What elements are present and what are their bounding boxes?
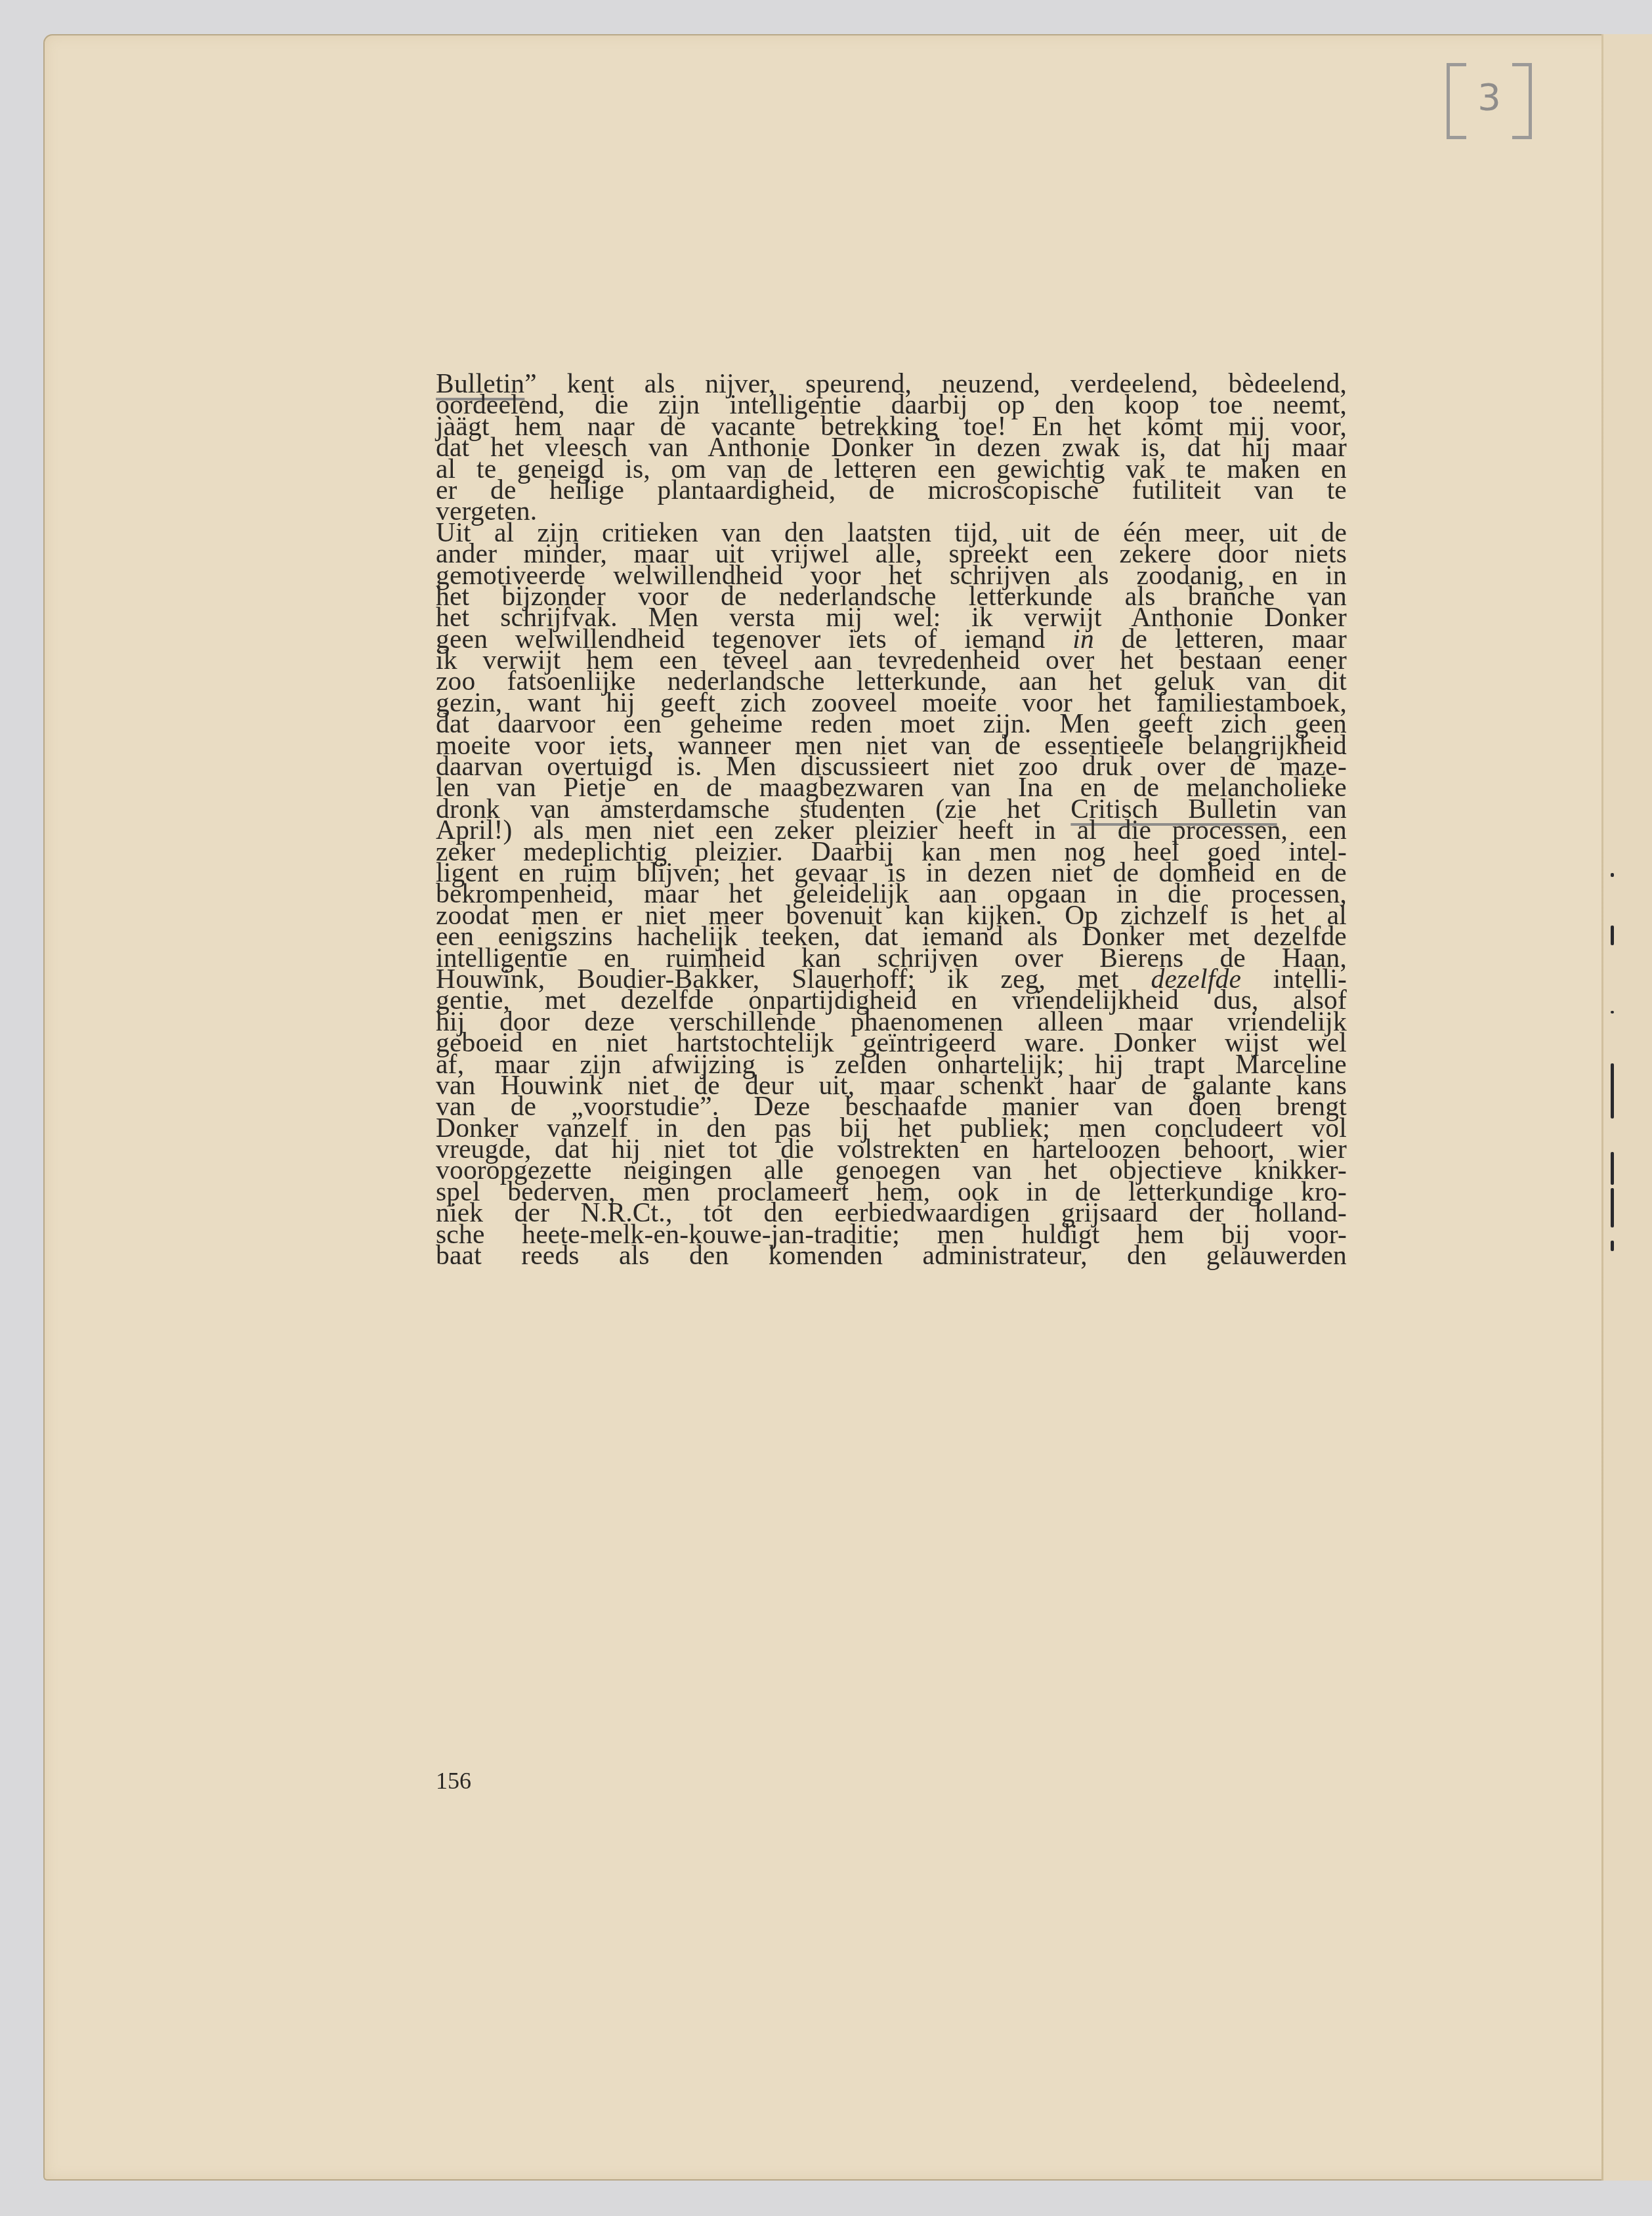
ink-mark (1611, 1011, 1614, 1013)
text-line: baat reeds als den komenden administrate… (436, 1245, 1347, 1266)
page-number: 156 (436, 1767, 471, 1795)
ink-mark (1611, 926, 1614, 945)
pencil-annotation-bracket: 3 (1447, 64, 1532, 138)
ink-mark (1611, 1188, 1614, 1227)
ink-mark (1611, 1241, 1614, 1251)
margin-ink-marks (1611, 873, 1615, 1464)
ink-mark (1611, 1063, 1614, 1119)
pencil-annotation-number: 3 (1450, 76, 1529, 119)
body-text: Bulletin” kent als nijver, speurend, neu… (436, 373, 1347, 1266)
ink-mark (1611, 1152, 1614, 1185)
text-line: er de heilige plantaardigheid, de micros… (436, 479, 1347, 500)
ink-mark (1611, 873, 1614, 877)
